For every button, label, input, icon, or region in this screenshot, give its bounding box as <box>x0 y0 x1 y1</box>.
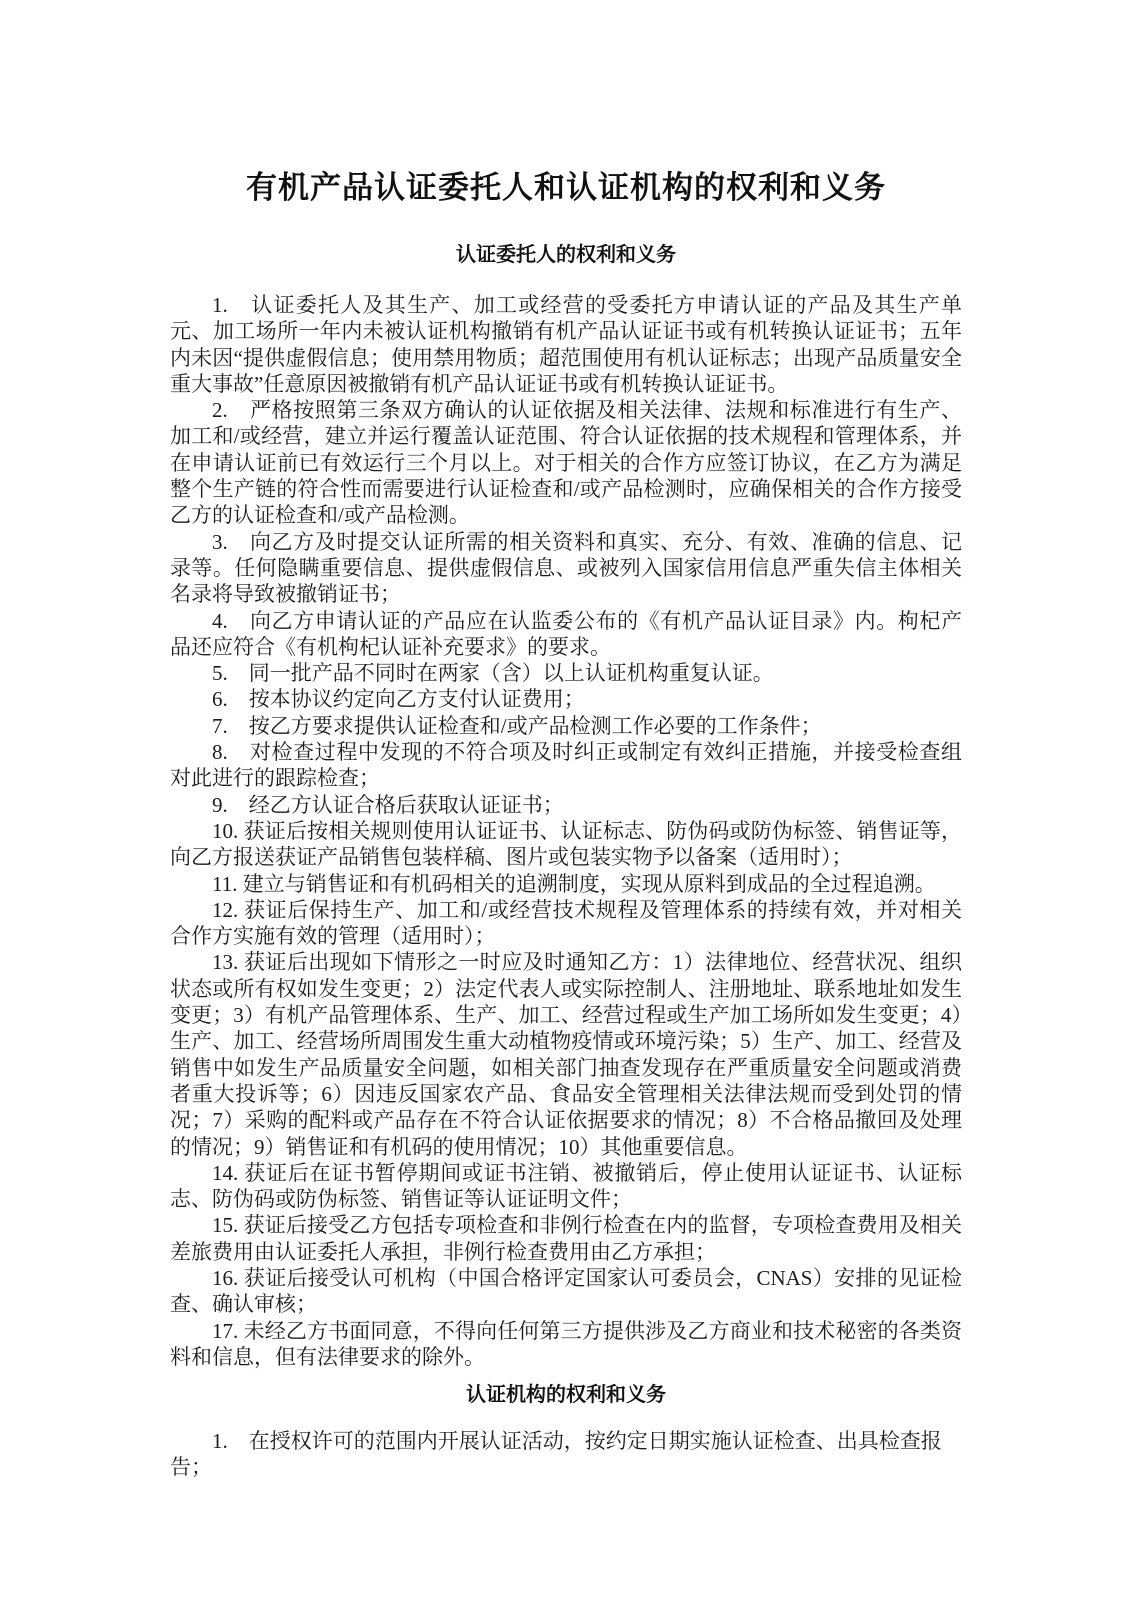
clause-17: 17. 未经乙方书面同意，不得向任何第三方提供涉及乙方商业和技术秘密的各类资料和… <box>170 1318 962 1371</box>
clause-5: 5. 同一批产品不同时在两家（含）以上认证机构重复认证。 <box>170 660 962 686</box>
section-1-heading: 认证委托人的权利和义务 <box>170 242 962 268</box>
section-2-body: 1. 在授权许可的范围内开展认证活动，按约定日期实施认证检查、出具检查报告； <box>170 1428 962 1481</box>
clause-6: 6. 按本协议约定向乙方支付认证费用； <box>170 686 962 712</box>
clause-8: 8. 对检查过程中发现的不符合项及时纠正或制定有效纠正措施，并接受检查组对此进行… <box>170 739 962 792</box>
document-title: 有机产品认证委托人和认证机构的权利和义务 <box>170 168 962 208</box>
clause-1: 1. 认证委托人及其生产、加工或经营的受委托方申请认证的产品及其生产单元、加工场… <box>170 292 962 397</box>
clause-15: 15. 获证后接受乙方包括专项检查和非例行检查在内的监督，专项检查费用及相关差旅… <box>170 1212 962 1265</box>
clause-9: 9. 经乙方认证合格后获取认证证书； <box>170 792 962 818</box>
clause-13: 13. 获证后出现如下情形之一时应及时通知乙方：1）法律地位、经营状况、组织状态… <box>170 949 962 1159</box>
clause-14: 14. 获证后在证书暂停期间或证书注销、被撤销后，停止使用认证证书、认证标志、防… <box>170 1160 962 1213</box>
clause-10: 10. 获证后按相关规则使用认证证书、认证标志、防伪码或防伪标签、销售证等，向乙… <box>170 818 962 871</box>
clause-2: 2. 严格按照第三条双方确认的认证依据及相关法律、法规和标准进行有生产、加工和/… <box>170 397 962 528</box>
section-2-heading: 认证机构的权利和义务 <box>170 1382 962 1408</box>
clause-4: 4. 向乙方申请认证的产品应在认监委公布的《有机产品认证目录》内。枸杞产品还应符… <box>170 608 962 661</box>
section-2-clause-1: 1. 在授权许可的范围内开展认证活动，按约定日期实施认证检查、出具检查报告； <box>170 1428 962 1481</box>
clause-12: 12. 获证后保持生产、加工和/或经营技术规程及管理体系的持续有效，并对相关合作… <box>170 897 962 950</box>
clause-11: 11. 建立与销售证和有机码相关的追溯制度，实现从原料到成品的全过程追溯。 <box>170 871 962 897</box>
clause-3: 3. 向乙方及时提交认证所需的相关资料和真实、充分、有效、准确的信息、记录等。任… <box>170 529 962 608</box>
section-1-body: 1. 认证委托人及其生产、加工或经营的受委托方申请认证的产品及其生产单元、加工场… <box>170 292 962 1370</box>
document-content: 有机产品认证委托人和认证机构的权利和义务 认证委托人的权利和义务 1. 认证委托… <box>0 0 1131 1481</box>
document-page: 有机产品认证委托人和认证机构的权利和义务 认证委托人的权利和义务 1. 认证委托… <box>0 0 1131 1600</box>
clause-16: 16. 获证后接受认可机构（中国合格评定国家认可委员会，CNAS）安排的见证检查… <box>170 1265 962 1318</box>
clause-7: 7. 按乙方要求提供认证检查和/或产品检测工作必要的工作条件； <box>170 713 962 739</box>
